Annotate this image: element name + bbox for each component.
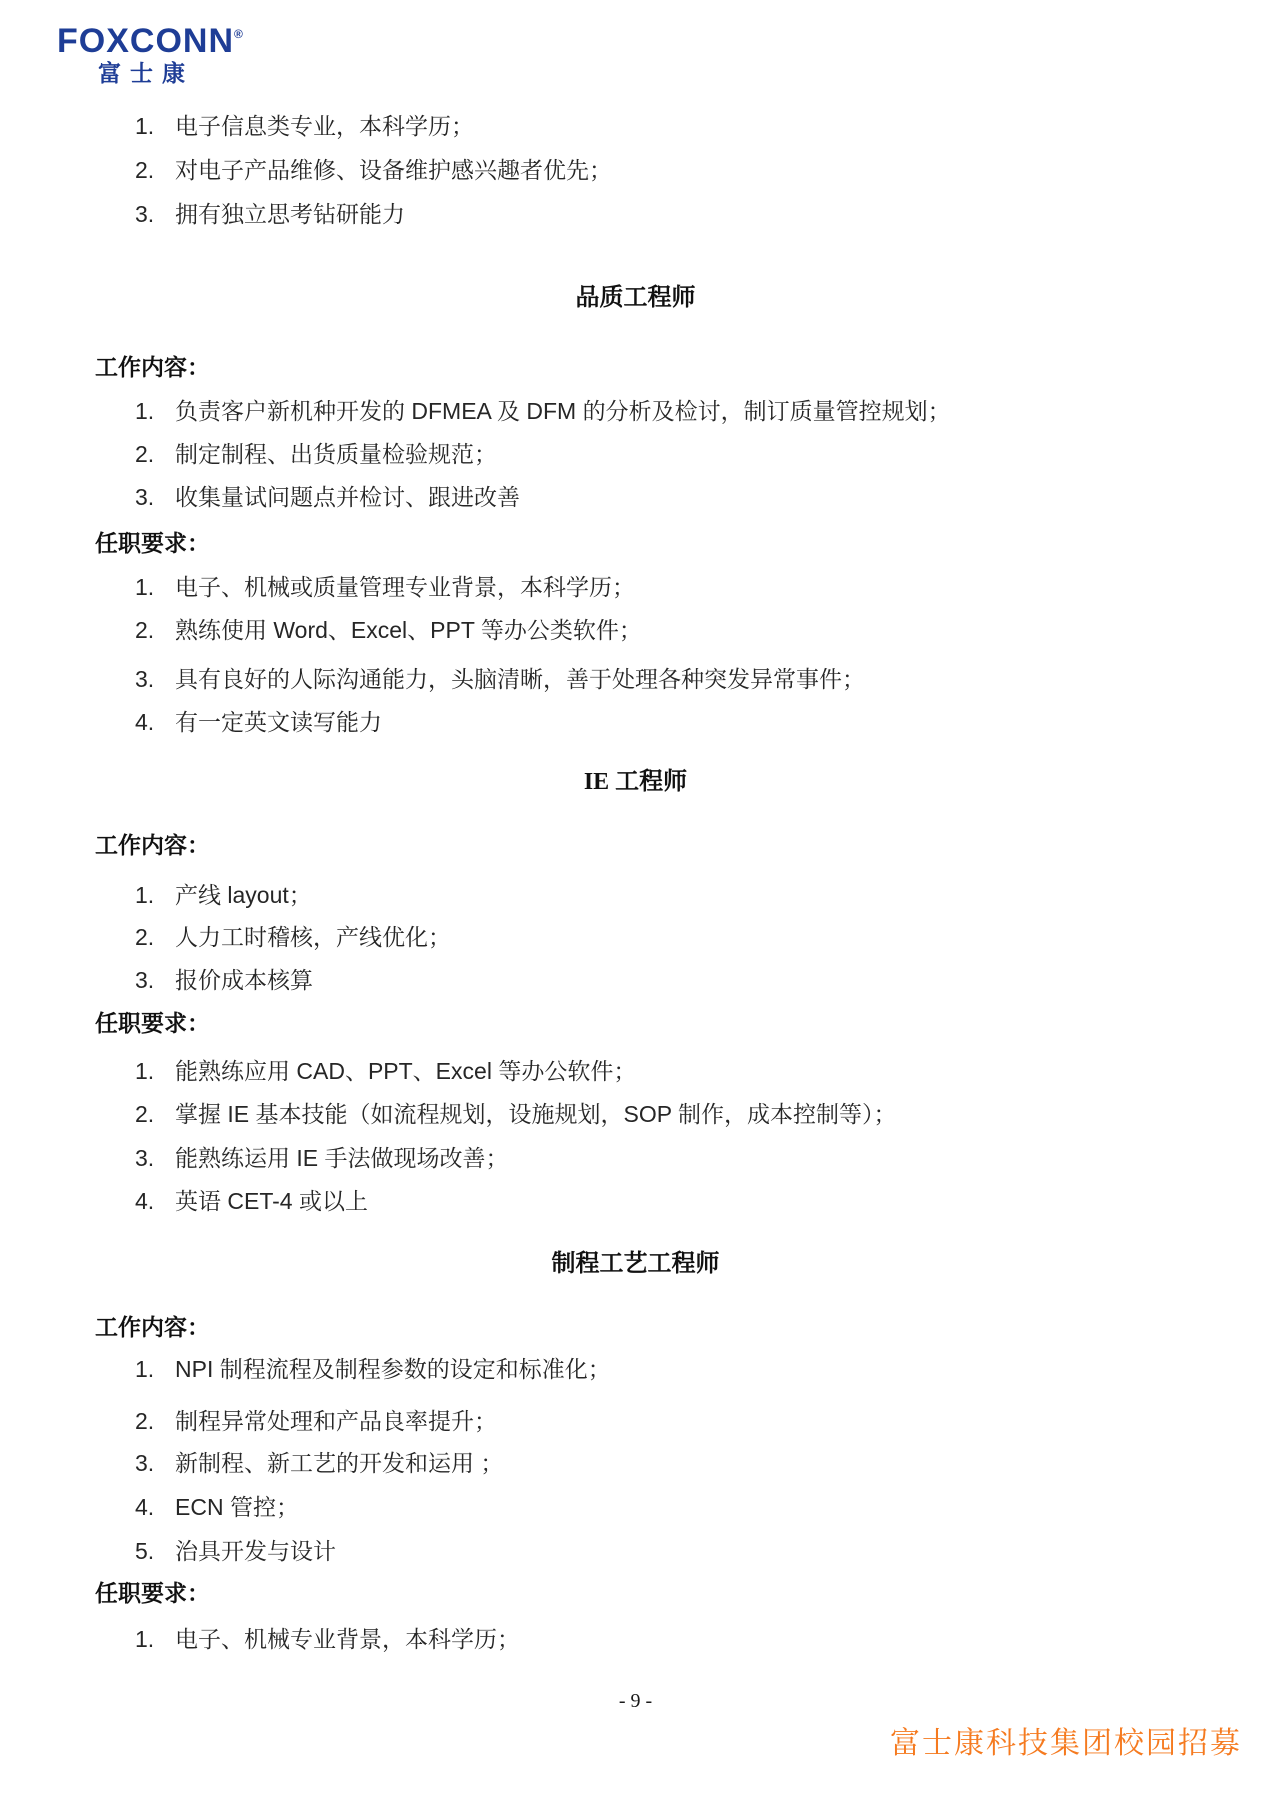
list-number: 3. [135,482,175,512]
job-requirements-label: 任职要求： [95,1578,210,1608]
list-number: 3. [135,965,175,995]
list-text: 制程异常处理和产品良率提升； [175,1408,497,1434]
foxconn-logo: FOXCONN® 富士康 [57,16,235,86]
list-item: 2.人力工时稽核，产线优化； [135,922,451,952]
list-number: 2. [135,615,175,645]
list-number: 1. [135,111,175,141]
list-text: 拥有独立思考钻研能力 [175,201,405,227]
list-text: 有一定英文读写能力 [175,709,382,735]
list-item: 1.电子、机械专业背景，本科学历； [135,1624,520,1654]
list-item: 3.新制程、新工艺的开发和运用 ； [135,1448,503,1478]
list-item: 1.NPI 制程流程及制程参数的设定和标准化； [135,1354,611,1384]
list-number: 2. [135,1406,175,1436]
list-number: 5. [135,1536,175,1566]
list-item: 1.产线 layout； [135,880,312,910]
list-text: 能熟练运用 IE 手法做现场改善； [175,1145,509,1171]
list-number: 1. [135,1624,175,1654]
list-text: 熟练使用 Word、Excel、PPT 等办公类软件； [175,617,642,643]
brand-text: FOXCONN [57,22,234,60]
list-number: 1. [135,1056,175,1086]
list-number: 4. [135,1186,175,1216]
list-number: 2. [135,155,175,185]
page-number: - 9 - [0,1690,1271,1713]
list-item: 2.制定制程、出货质量检验规范； [135,439,497,469]
list-text: 收集量试问题点并检讨、跟进改善 [175,484,520,510]
list-number: 1. [135,1354,175,1384]
list-item: 3.具有良好的人际沟通能力，头脑清晰，善于处理各种突发异常事件； [135,664,865,694]
job-requirements-label: 任职要求： [95,1008,210,1038]
list-number: 4. [135,707,175,737]
list-item: 3.报价成本核算 [135,965,313,995]
list-number: 3. [135,1448,175,1478]
section-title-process-engineer: 制程工艺工程师 [0,1249,1271,1279]
list-number: 2. [135,922,175,952]
list-item: 4.有一定英文读写能力 [135,707,382,737]
list-text: 报价成本核算 [175,967,313,993]
list-item: 4.英语 CET-4 或以上 [135,1186,368,1216]
list-item: 1.电子信息类专业，本科学历； [135,111,474,141]
list-text: 对电子产品维修、设备维护感兴趣者优先； [175,157,612,183]
list-text: 能熟练应用 CAD、PPT、Excel 等办公软件； [175,1058,636,1084]
work-content-label: 工作内容： [95,830,210,860]
list-text: 人力工时稽核，产线优化； [175,924,451,950]
list-item: 1.能熟练应用 CAD、PPT、Excel 等办公软件； [135,1056,636,1086]
work-content-label: 工作内容： [95,1312,210,1342]
list-number: 4. [135,1492,175,1522]
list-item: 1.负责客户新机种开发的 DFMEA 及 DFM 的分析及检讨，制订质量管控规划… [135,396,951,426]
list-number: 2. [135,439,175,469]
list-number: 3. [135,664,175,694]
list-number: 1. [135,396,175,426]
list-item: 2.对电子产品维修、设备维护感兴趣者优先； [135,155,612,185]
list-text: 治具开发与设计 [175,1538,336,1564]
list-text: 新制程、新工艺的开发和运用 ； [175,1450,503,1476]
list-text: 负责客户新机种开发的 DFMEA 及 DFM 的分析及检讨，制订质量管控规划； [175,398,951,424]
list-text: 掌握 IE 基本技能（如流程规划，设施规划，SOP 制作，成本控制等）； [175,1101,897,1127]
section-title-quality-engineer: 品质工程师 [0,283,1271,313]
list-text: 具有良好的人际沟通能力，头脑清晰，善于处理各种突发异常事件； [175,666,865,692]
list-item: 4.ECN 管控； [135,1492,299,1522]
job-requirements-label: 任职要求： [95,528,210,558]
list-number: 2. [135,1099,175,1129]
list-item: 2.掌握 IE 基本技能（如流程规划，设施规划，SOP 制作，成本控制等）； [135,1099,897,1129]
work-content-label: 工作内容： [95,352,210,382]
foxconn-chinese-name: 富士康 [57,60,235,86]
list-text: 电子、机械或质量管理专业背景，本科学历； [175,574,635,600]
list-item: 2.熟练使用 Word、Excel、PPT 等办公类软件； [135,615,642,645]
list-text: NPI 制程流程及制程参数的设定和标准化； [175,1356,611,1382]
list-number: 1. [135,572,175,602]
list-item: 2.制程异常处理和产品良率提升； [135,1406,497,1436]
list-item: 5.治具开发与设计 [135,1536,336,1566]
list-text: 英语 CET-4 或以上 [175,1188,368,1214]
list-number: 3. [135,199,175,229]
list-text: 电子信息类专业，本科学历； [175,113,474,139]
list-item: 3.收集量试问题点并检讨、跟进改善 [135,482,520,512]
foxconn-wordmark: FOXCONN® [57,16,235,59]
list-item: 1.电子、机械或质量管理专业背景，本科学历； [135,572,635,602]
list-item: 3.能熟练运用 IE 手法做现场改善； [135,1143,509,1173]
list-text: 电子、机械专业背景，本科学历； [175,1626,520,1652]
list-text: 产线 layout； [175,882,312,908]
list-item: 3.拥有独立思考钻研能力 [135,199,405,229]
registered-mark: ® [234,27,244,41]
list-number: 1. [135,880,175,910]
document-page: FOXCONN® 富士康 1.电子信息类专业，本科学历； 2.对电子产品维修、设… [0,0,1271,1797]
list-text: 制定制程、出货质量检验规范； [175,441,497,467]
list-number: 3. [135,1143,175,1173]
section-title-ie-engineer: IE 工程师 [0,767,1271,797]
list-text: ECN 管控； [175,1494,299,1520]
campus-recruitment-watermark: 富士康科技集团校园招募 [890,1718,1242,1762]
